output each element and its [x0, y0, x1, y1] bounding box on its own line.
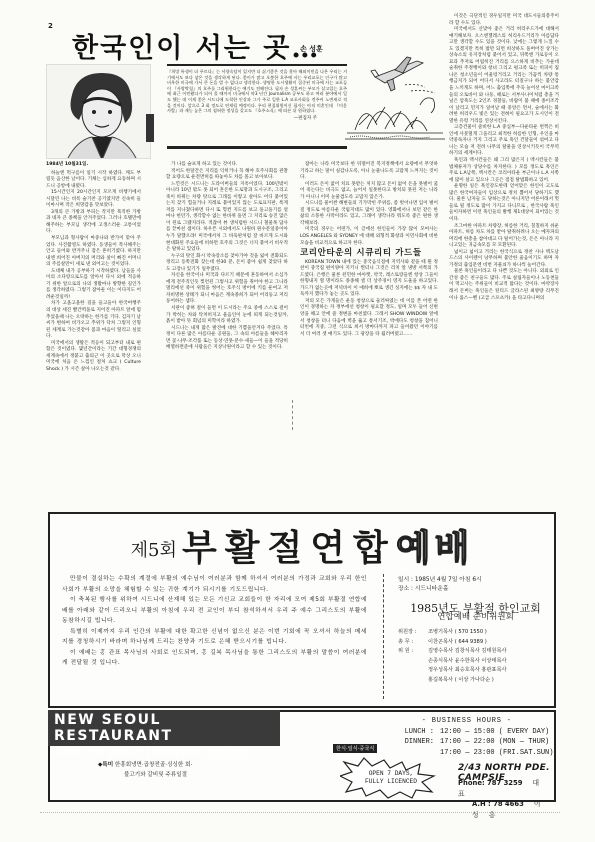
paragraph: 이것은 극단적인 경우일지만 미국 대도시들의총주이라 할 수도 있다. [449, 14, 559, 27]
paragraph: 넓이고 넓이고 거리는 한국식으로 정찬 사나 맥도날드스의 사이렌이 낭무하며… [449, 250, 559, 270]
hours-row: LUNCH :12:00 — 15:00 ( EVERY DAY) [380, 727, 553, 738]
page-number: 2 [48, 22, 53, 30]
paragraph: 15시간인지 20시간인지 모르게 비행기에서 시달린 나는 비록 슬기찬 공기… [46, 190, 141, 210]
menu-line-2: 불고기와 갈비및 주류일절 [98, 770, 192, 780]
staff-row: 정우성목사 최승호목사 홍관표목사 [398, 666, 553, 676]
paragraph: 특별히 이제까지 우리 인간의 부활에 대한 확고한 신념이 없으신 분은 이번… [62, 627, 367, 648]
menu-line-1: 한흥회냉면·곱창전골·싱싱한 회· [115, 762, 192, 768]
paragraph: 물론 흑인들이라고 다 나쁜 것도는 아니다. 외외로 인간성 좋은 친구들도 … [449, 269, 559, 302]
paragraph: 하늘엔 먹구름이 일기 시작 하였다. 깨도 부릴듯 음산한 날이다. 기체는 … [46, 171, 141, 191]
hours-time: 17:00 — 22:00 (MON — THUR) [440, 737, 549, 748]
committee-title: 1985년도 부활절 한인교회 연합예배 준비위원회 [398, 604, 553, 622]
editor-intro: 『희망 특생이 더 푸르다』는 서양속담이 있지만 더 싫기좋은 것을 찾아 해… [167, 64, 347, 121]
paragraph: 이 축복된 행사를 위하여 시드니에 산재해 있는 모든 기신교 교회들이 한 … [62, 595, 367, 627]
starburst-line-2: FULLY LICENCED [352, 778, 430, 786]
headline: 한국인이 서는 곳… [72, 26, 320, 65]
restaurant-banner: NEW SEOUL RESTAURANT 뉴서울 식당 FULLY LICENS… [48, 710, 280, 746]
paragraph: 적어도 한달간은 지리를 익히거나 꼭 해야 호주사회를 관찰할 요량으로 운전… [166, 169, 288, 182]
restaurant-name-kr: 뉴서울 식당 [54, 748, 106, 759]
after-hours-line: A.H : 78 4663 [472, 800, 524, 808]
paragraph: 만물이 결실하는 수확의 계절에 부활의 예수님이 여러분과 함께 하셔서 여러… [62, 574, 367, 595]
restaurant-menu: ◆특미 한흥회냉면·곱창전골·싱싱한 회· 불고기와 갈비및 주류일절 [98, 760, 192, 780]
article-column-1: 1984년 10월31일. 하늘엔 먹구름이 일기 시작 하였다. 깨도 부릴듯… [46, 162, 141, 374]
event-date: 일시 : 1985년 4월 7일 아침 6시 [398, 576, 553, 585]
phone-line: Phone: 787 3259 [458, 779, 523, 787]
staff-row: 총 무 :이찬곤목사 ( 644 9389 ) [398, 638, 553, 648]
staff-role: 위원장 : [398, 628, 428, 638]
hours-row: DINNER:17:00 — 22:00 (MON — THUR) [380, 737, 553, 748]
paragraph: 이러도 돈이 없어 치료 못받는 처지 많고 돈이 없어 돈을 못벌어 굶어 죽… [300, 182, 438, 202]
starburst-text: OPEN 7 DAYS, FULLY LICENCED [352, 770, 430, 785]
easter-title-main: 부활절연합 [182, 528, 396, 569]
restaurant-ad: NEW SEOUL RESTAURANT 뉴서울 식당 FULLY LICENS… [48, 710, 556, 802]
easter-title-outline: 예배 [396, 528, 474, 569]
paragraph: 미국에서의 생활은 적응이 되고부터 내로 편함은 것이였다. 몇년간이라는 기… [46, 341, 141, 374]
paragraph: 차가 고올고올한 길을 들고들아 한국여행주의 대상 세진 빨간벽돌로 지어진 … [46, 301, 141, 340]
event-place: 장소 : 시드니타운홀 [398, 585, 553, 594]
easter-ad-info: 일시 : 1985년 4월 7일 아침 6시 장소 : 시드니타운홀 1985년… [398, 576, 553, 685]
hours-label: DINNER: [380, 737, 440, 748]
paragraph: 고층건물이 즐비한 L.A 중심부—다운타운 번쩍은 비인에 사뭇멀게 그을리고… [449, 125, 559, 158]
paragraph: 조그마한 아파트 차량장, 허름한 거리, 칠칠하지 쉬운 아파트, 허름 차도… [449, 224, 559, 250]
paragraph: 미국의 경우는 어떤가, 이 글에선 한인들이 가장 많이 모여사는 LOS A… [300, 227, 438, 247]
staff-role: 총 무 : [398, 638, 428, 648]
hours-time: 17:00 — 23:00 (FRI.SAT.SUN) [440, 748, 553, 759]
paragraph: 누구의 탓인 화시 약속장소를 찾아가야 것을 잃어 전화되도 정리고 동쪽전화… [166, 254, 288, 274]
scan-artifact-line [40, 812, 560, 813]
staff-names: 홍길복목사 ( 이상 가나다순 ) [428, 676, 553, 686]
staff-role: 위 원 : [398, 647, 428, 657]
restaurant-phone-box: 787-3259 [205, 748, 253, 759]
staff-names: 손종식목사 윤수한목사 이상태목사 [428, 657, 553, 667]
intro-top-rule [167, 64, 347, 66]
easter-ad-divider [383, 574, 384, 699]
photo-tab-mark [146, 114, 154, 142]
article-column-4: 이것은 극단적인 경우일지만 미국 대도시들의총주이라 할 수도 있다. 미국에… [449, 14, 559, 302]
cuisine-badge: 한식·일식·중국식 [333, 744, 377, 753]
hours-label: LUNCH : [380, 727, 440, 738]
staff-row: 위 원 :김영수목사 김창식목사 김태원목사 [398, 647, 553, 657]
paragraph: 시드니를 물어싼 해변들의 기가막힌 주위를, 좀 벗어나면 입이 벌어질 정도… [300, 201, 438, 227]
paragraph: 미국에서도 산맞아 좋은 거리 허리우드가에 대해서 얘기해보자. 오스엔젤레스… [449, 27, 559, 125]
paragraph: 저의 모든 가게들은 운동 청창으로 둘러싸였는 데 이를 본 어떤 한인이 경… [300, 299, 438, 338]
column-divider [292, 400, 293, 430]
starburst-line-1: OPEN 7 DAYS, [352, 770, 430, 778]
staff-names: 조병기목사 ( 570 1550 ) [428, 628, 553, 638]
paragraph: 이 예배는 홍 관표 목사님의 사회로 인도되며, 홍 길복 목사님을 통한 그… [62, 648, 367, 669]
paragraph: 시드니는 내게 많은 발견에 대한 기쁨을안겨다 주었다. 특정이 다른 많은 … [166, 326, 288, 352]
paragraph: 도대체 내가 공부하기 시작하였다. 남들을 사이의 소다랑으로도를 알아서 다… [46, 269, 141, 302]
staff-names: 이찬곤목사 ( 644 9389 ) [428, 638, 553, 648]
staff-row: 손종식목사 윤수한목사 이상태목사 [398, 657, 553, 667]
portrait-illustration [47, 65, 151, 159]
section-subhead: 코리안타운의 시큐리티 가드들 [300, 250, 438, 257]
staff-row: 위원장 :조병기목사 ( 570 1550 ) [398, 628, 553, 638]
staff-names: 김영수목사 김창식목사 김태원목사 [428, 647, 553, 657]
article-column-2: 가 나를 슬프게 하고 있는 것이다. 적어도 한달간은 지리를 익히거나 꼭 … [166, 162, 288, 352]
intro-text: 『희망 특생이 더 푸르다』는 서양속담이 있지만 더 싫기좋은 것을 찾아 해… [167, 69, 347, 114]
easter-service-ad: 제5회 부활절연합예배 만물이 결실하는 수확의 계절에 부활의 예수님이 여러… [48, 512, 556, 708]
intro-signature: —편집자 주 [167, 115, 347, 121]
byline: 손 성훈 [300, 44, 323, 54]
hours-time: 12:00 — 15:00 ( EVERY DAY) [440, 727, 549, 738]
hours-title: - BUSINESS HOURS - [380, 716, 553, 727]
paragraph: 서관이 좋혀 걸이 들면 이 도시라는 주요 중에 스스로 걸어가 박히는 차와… [166, 306, 288, 326]
easter-title-prefix: 제5회 [131, 540, 177, 561]
restaurant-name-en: NEW SEOUL RESTAURANT [54, 712, 274, 744]
staff-role [398, 666, 428, 676]
paragraph: 부모님과 형사람이 마중나와 반가이 맞아 주었다. 사진촬영도 하였다. 동생… [46, 236, 141, 269]
article-column-3: 잡아는 나라 미국보다 한 뒤떨어진 복지정책에서 요량에서 무엇하기라고 하는… [300, 162, 438, 338]
easter-ad-title: 제5회 부활절연합예배 [50, 520, 554, 571]
staff-row: 홍길복목사 ( 이상 가나다순 ) [398, 676, 553, 686]
paragraph: KOREAN TOWN 내에 있는 중국음식점에 지역사와 같을 떼 뭔 정찬이… [300, 260, 438, 299]
paragraph: 잡아는 나라 미국보다 한 뒤떨어진 복지정책에서 요량에서 무엇하기라고 하는… [300, 162, 438, 182]
plane-opera-house-illustration [345, 55, 445, 145]
paragraph: 느낀것은 시드니는 도라이버들의 지옥이었다. 100년밖이 아니라 10년 밖… [166, 182, 288, 254]
menu-lead: ◆특미 [98, 762, 113, 768]
easter-ad-body: 만물이 결실하는 수확의 계절에 부활의 예수님이 여러분과 함께 하셔서 여러… [62, 574, 367, 669]
restaurant-phones: Phone: 787 3259대 표 A.H : 78 4663이 성 흥 [458, 778, 554, 820]
staff-names: 정우성목사 최승호목사 홍관표목사 [428, 666, 553, 676]
staff-role [398, 657, 428, 667]
author-photo [46, 64, 151, 159]
staff-role [398, 676, 428, 686]
paragraph: 흑인과 맥시칸들은 왜 그리 많은지 ( 멕시칸들은 불법체류자가 상당수를 차… [449, 158, 559, 184]
article-date: 1984년 10월31일. [46, 162, 141, 169]
paragraph: 운명한 일은 흑인강도한테 얻어맞은 한인이 고도로 많은 한국여자들이 임상으… [449, 184, 559, 223]
intro-bottom-rule [167, 146, 347, 149]
paragraph: 자신을 한국이나 미국과 다르기 때문에 흔동하여서 소심가에게 전주직인듯 찢… [166, 273, 288, 306]
license-text: FULLY LICENSED [109, 748, 201, 759]
paragraph: 3개의 큰 가방과 부피는 작지만 묵직한 가방과 네자 큰 종책을 안겨주었다… [46, 210, 141, 236]
restaurant-name-line: 뉴서울 식당 FULLY LICENSED 787-3259 [54, 744, 274, 759]
business-hours: - BUSINESS HOURS - LUNCH :12:00 — 15:00 … [380, 716, 553, 758]
